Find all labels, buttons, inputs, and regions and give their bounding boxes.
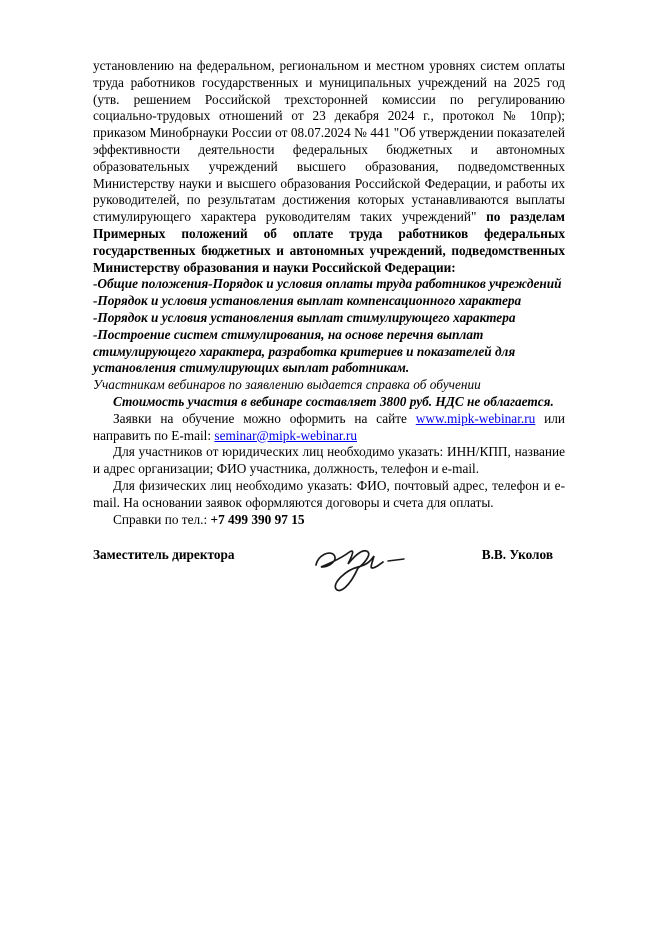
- certificate-note: Участникам вебинаров по заявлению выдает…: [93, 377, 565, 394]
- apply-paragraph: Заявки на обучение можно оформить на сай…: [93, 411, 565, 445]
- price-note: Стоимость участия в вебинаре составляет …: [93, 394, 565, 411]
- document-content: установлению на федеральном, регионально…: [93, 58, 565, 596]
- topic-item: -Порядок и условия установления выплат к…: [93, 293, 565, 310]
- legal-entities-paragraph: Для участников от юридических лиц необхо…: [93, 444, 565, 478]
- signer-position: Заместитель директора: [93, 547, 235, 564]
- phone-label: Справки по тел.:: [113, 512, 211, 527]
- topic-item: -Построение систем стимулирования, на ос…: [93, 327, 565, 377]
- signature-block: Заместитель директора В.В. Уколов: [93, 547, 565, 596]
- email-link[interactable]: seminar@mipk-webinar.ru: [214, 428, 357, 443]
- topic-item: -Порядок и условия установления выплат с…: [93, 310, 565, 327]
- apply-text-before-site: Заявки на обучение можно оформить на сай…: [113, 411, 416, 426]
- website-link[interactable]: www.mipk-webinar.ru: [416, 411, 536, 426]
- webinar-topics-list: -Общие положения-Порядок и условия оплат…: [93, 276, 565, 377]
- intro-text: установлению на федеральном, регионально…: [93, 58, 565, 224]
- topic-item: -Общие положения-Порядок и условия оплат…: [93, 276, 565, 293]
- document-page: установлению на федеральном, регионально…: [0, 0, 660, 933]
- intro-paragraph: установлению на федеральном, регионально…: [93, 58, 565, 276]
- phone-number: +7 499 390 97 15: [211, 512, 305, 527]
- individuals-paragraph: Для физических лиц необходимо указать: Ф…: [93, 478, 565, 512]
- signature-scribble-icon: [306, 540, 410, 596]
- phone-paragraph: Справки по тел.: +7 499 390 97 15: [93, 512, 565, 529]
- signature-image: [235, 540, 482, 596]
- signer-name: В.В. Уколов: [482, 547, 553, 564]
